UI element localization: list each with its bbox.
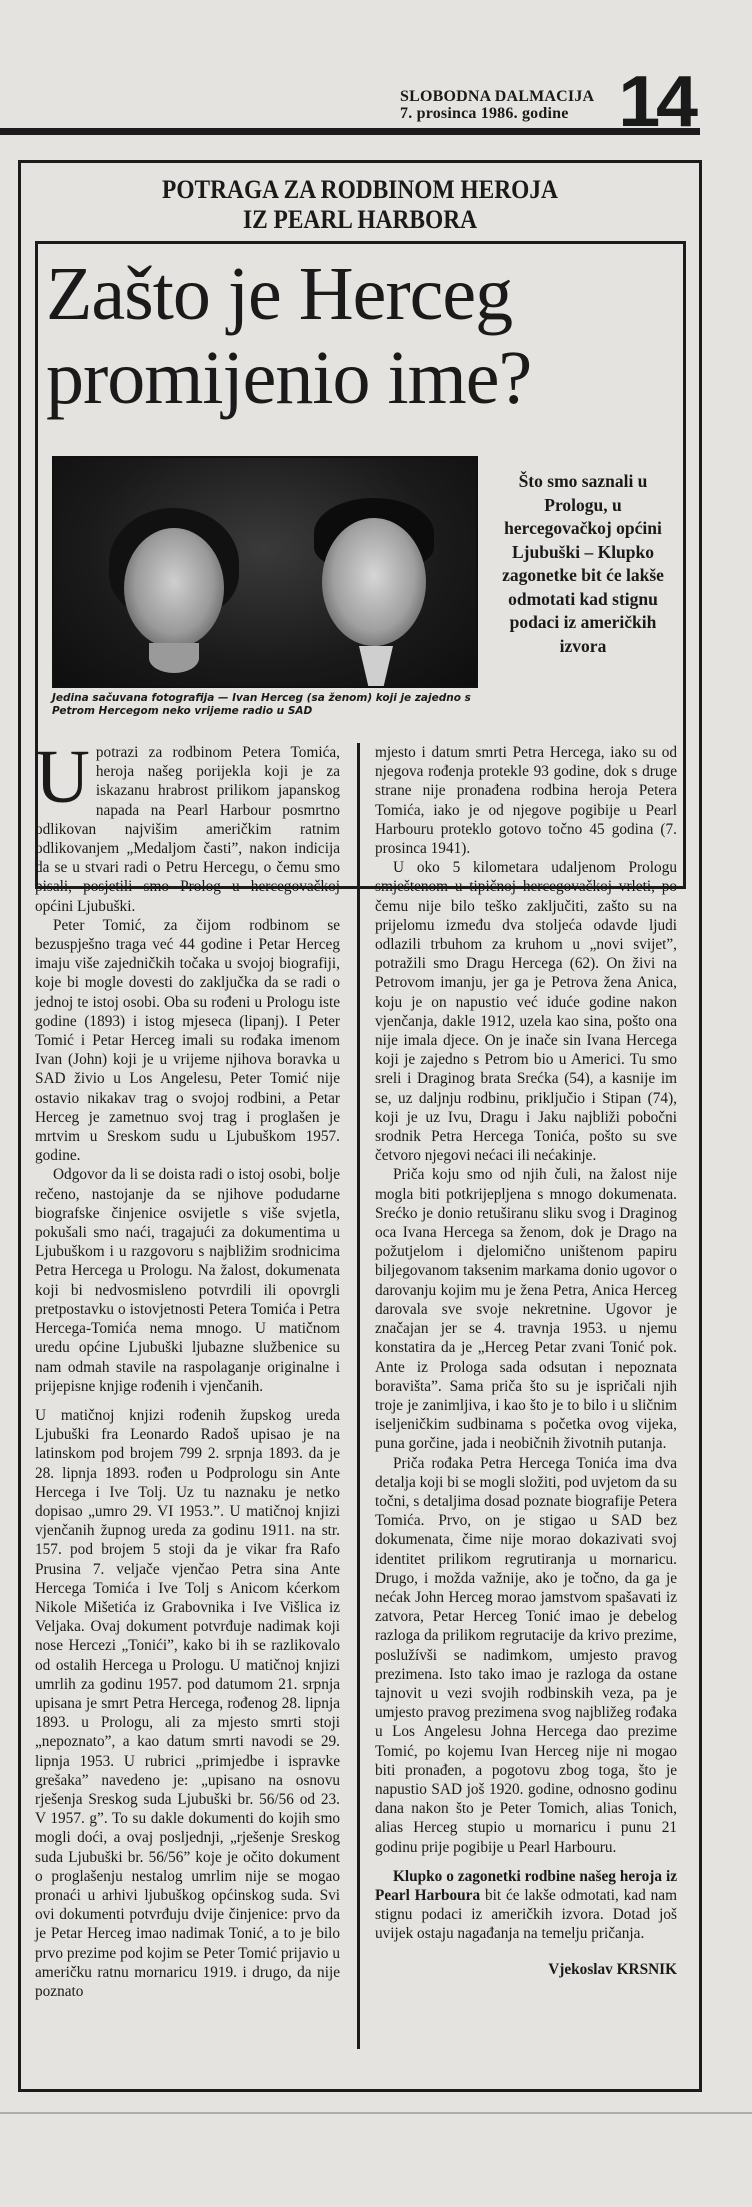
page-number: 14 (618, 70, 694, 134)
byline: Vjekoslav KRSNIK (375, 1960, 677, 1979)
bottom-rule (0, 2112, 752, 2114)
deck: Što smo saznali u Prologu, u hercegovačk… (493, 470, 673, 658)
kicker-line-1: POTRAGA ZA RODBINOM HEROJA (55, 175, 665, 205)
photo-caption: Jedina sačuvana fotografija — Ivan Herce… (52, 692, 478, 718)
closing-paragraph: Klupko o zagonetki rodbine našeg heroja … (375, 1867, 677, 1944)
headline: Zašto je Herceg promijenio ime? (46, 252, 676, 420)
headline-line-2: promijenio ime? (46, 336, 676, 420)
column-left: Upotrazi za rodbinom Petera Tomića, hero… (35, 743, 340, 2001)
paragraph: Priča koju smo od njih čuli, na žalost n… (375, 1165, 677, 1453)
photo-man-collar (359, 646, 393, 688)
column-rule (357, 743, 360, 2049)
issue-date: 7. prosinca 1986. godine (400, 105, 594, 122)
paragraph: Upotrazi za rodbinom Petera Tomića, hero… (35, 743, 340, 916)
photo-woman-face (124, 528, 224, 648)
paragraph: Peter Tomić, za čijom rodbinom se bezusp… (35, 916, 340, 1166)
drop-cap: U (35, 747, 90, 807)
headline-line-1: Zašto je Herceg (46, 252, 676, 336)
photo-ivan-herceg-with-wife (52, 456, 478, 688)
masthead-text: SLOBODNA DALMACIJA 7. prosinca 1986. god… (400, 88, 594, 122)
photo-man-face (322, 518, 426, 646)
paragraph: Priča rođaka Petra Hercega Tonića ima dv… (375, 1454, 677, 1857)
column-right: mjesto i datum smrti Petra Hercega, iako… (375, 743, 677, 1979)
newspaper-name: SLOBODNA DALMACIJA (400, 88, 594, 105)
kicker-line-2: IZ PEARL HARBORA (55, 205, 665, 235)
kicker: POTRAGA ZA RODBINOM HEROJA IZ PEARL HARB… (55, 175, 665, 235)
photo-woman-neck (149, 643, 199, 673)
masthead: SLOBODNA DALMACIJA 7. prosinca 1986. god… (0, 0, 752, 140)
paragraph: mjesto i datum smrti Petra Hercega, iako… (375, 743, 677, 858)
paragraph: U matičnoj knjizi rođenih župskog ureda … (35, 1406, 340, 2001)
paragraph: U oko 5 kilometara udaljenom Prologu smj… (375, 858, 677, 1165)
article-frame: POTRAGA ZA RODBINOM HEROJA IZ PEARL HARB… (18, 160, 702, 2092)
masthead-rule (0, 128, 700, 135)
paragraph: Odgovor da li se doista radi o istoj oso… (35, 1165, 340, 1395)
